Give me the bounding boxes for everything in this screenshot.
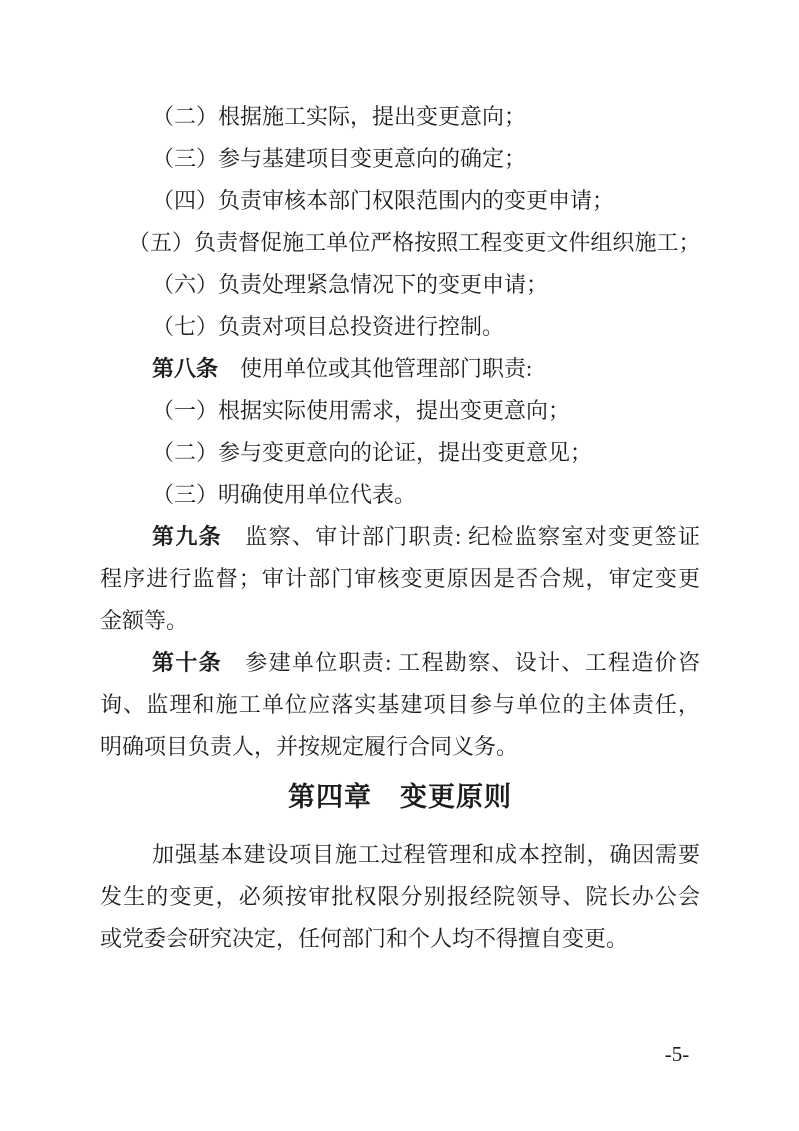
paragraph: （六）负责处理紧急情况下的变更申请； bbox=[100, 264, 700, 306]
text-line: 发生的变更，必须按审批权限分别报经院领导、院长办公会 bbox=[100, 876, 700, 918]
paragraph: 第九条 监察、审计部门职责: 纪检监察室对变更签证程序进行监督；审计部门审核变更… bbox=[100, 516, 700, 642]
paragraph: （四）负责审核本部门权限范围内的变更申请； bbox=[100, 180, 700, 222]
chapter-heading: 第四章 变更原则 bbox=[100, 776, 700, 818]
paragraph: （七）负责对项目总投资进行控制。 bbox=[100, 306, 700, 348]
article-number: 第九条 bbox=[152, 524, 222, 549]
paragraph: 第十条 参建单位职责: 工程勘察、设计、工程造价咨询、监理和施工单位应落实基建项… bbox=[100, 642, 700, 768]
text-line: （五）负责督促施工单位严格按照工程变更文件组织施工； bbox=[100, 222, 700, 264]
text-line: 询、监理和施工单位应落实基建项目参与单位的主体责任， bbox=[100, 684, 700, 726]
text-line: （七）负责对项目总投资进行控制。 bbox=[100, 306, 700, 348]
text-line: 第十条 参建单位职责: 工程勘察、设计、工程造价咨 bbox=[100, 642, 700, 684]
paragraph: （三）参与基建项目变更意向的确定； bbox=[100, 138, 700, 180]
paragraph: （三）明确使用单位代表。 bbox=[100, 474, 700, 516]
text-line: （四）负责审核本部门权限范围内的变更申请； bbox=[100, 180, 700, 222]
paragraph: （一）根据实际使用需求，提出变更意向； bbox=[100, 390, 700, 432]
text-line: （三）明确使用单位代表。 bbox=[100, 474, 700, 516]
document-body: （二）根据施工实际，提出变更意向；（三）参与基建项目变更意向的确定；（四）负责审… bbox=[100, 96, 700, 960]
text-line: 金额等。 bbox=[100, 600, 700, 642]
document-page: （二）根据施工实际，提出变更意向；（三）参与基建项目变更意向的确定；（四）负责审… bbox=[0, 0, 799, 1131]
paragraph: （五）负责督促施工单位严格按照工程变更文件组织施工； bbox=[100, 222, 700, 264]
text-line: （二）根据施工实际，提出变更意向； bbox=[100, 96, 700, 138]
text-line: （一）根据实际使用需求，提出变更意向； bbox=[100, 390, 700, 432]
text-line: 明确项目负责人，并按规定履行合同义务。 bbox=[100, 726, 700, 768]
text-line: （三）参与基建项目变更意向的确定； bbox=[100, 138, 700, 180]
text-line: （二）参与变更意向的论证，提出变更意见； bbox=[100, 432, 700, 474]
text-line: 加强基本建设项目施工过程管理和成本控制，确因需要 bbox=[100, 834, 700, 876]
article-number: 第八条 bbox=[152, 356, 218, 381]
text-line: 程序进行监督；审计部门审核变更原因是否合规，审定变更 bbox=[100, 558, 700, 600]
text-line: （六）负责处理紧急情况下的变更申请； bbox=[100, 264, 700, 306]
paragraph: （二）根据施工实际，提出变更意向； bbox=[100, 96, 700, 138]
article-number: 第十条 bbox=[152, 650, 222, 675]
paragraph: （二）参与变更意向的论证，提出变更意见； bbox=[100, 432, 700, 474]
text-line: 第九条 监察、审计部门职责: 纪检监察室对变更签证 bbox=[100, 516, 700, 558]
page-number: -5- bbox=[635, 1033, 719, 1075]
text-line: 第八条 使用单位或其他管理部门职责: bbox=[100, 348, 700, 390]
paragraph: 加强基本建设项目施工过程管理和成本控制，确因需要发生的变更，必须按审批权限分别报… bbox=[100, 834, 700, 960]
paragraph: 第八条 使用单位或其他管理部门职责: bbox=[100, 348, 700, 390]
text-line: 或党委会研究决定，任何部门和个人均不得擅自变更。 bbox=[100, 918, 700, 960]
